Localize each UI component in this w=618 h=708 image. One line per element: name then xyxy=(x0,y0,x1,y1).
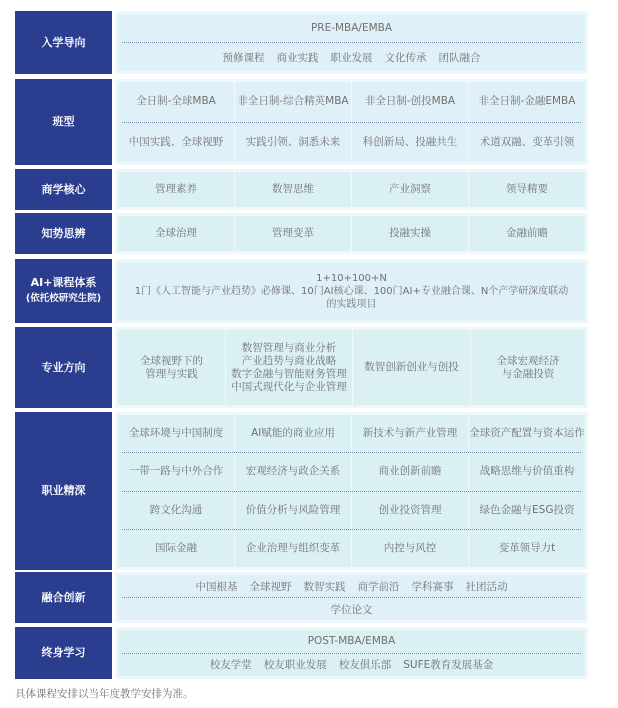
items-line: 中国根基 全球视野 数智实践 商学前沿 学科赛事 社团活动 xyxy=(118,575,585,597)
top-line: PRE-MBA/EMBA xyxy=(118,14,585,42)
program-cell: 非全日制-金融EMBA xyxy=(469,82,585,122)
row-lifelong: 终身学习 POST-MBA/EMBA 校友学堂 校友职业发展 校友俱乐部 SUF… xyxy=(15,627,588,679)
row-content-integration: 中国根基 全球视野 数智实践 商学前沿 学科赛事 社团活动 学位论文 xyxy=(115,572,588,623)
spec-line: 数字金融与智能财务管理 xyxy=(231,368,347,381)
items-line: 校友学堂 校友职业发展 校友俱乐部 SUFE教育发展基金 xyxy=(118,654,585,677)
content-panel: POST-MBA/EMBA 校友学堂 校友职业发展 校友俱乐部 SUFE教育发展… xyxy=(118,630,585,676)
item-cell: 管理素养 xyxy=(118,172,235,207)
spec-line: 管理与实践 xyxy=(145,368,198,381)
row-class-types: 班型 全日制-全球MBA 非全日制-综合精英MBA 非全日制-创投MBA 非全日… xyxy=(15,79,588,165)
ai-description: 1门《人工智能与产业趋势》必修课、10门AI核心课、100门AI+专业融合课、N… xyxy=(135,285,569,298)
item: 校友学堂 xyxy=(210,657,252,672)
career-cell: 商业创新前瞻 xyxy=(352,453,469,490)
row-content-orientation: PRE-MBA/EMBA 预修课程 商业实践 职业发展 文化传承 团队融合 xyxy=(115,11,588,74)
item-cell: 领导精要 xyxy=(469,172,585,207)
row-business-core: 商学核心 管理素养 数智思维 产业洞察 领导精要 xyxy=(15,169,588,210)
item-cell: 金融前瞻 xyxy=(469,216,585,251)
item-cell: 产业洞察 xyxy=(352,172,469,207)
career-cell: 价值分析与风险管理 xyxy=(235,492,352,529)
label-text: 班型 xyxy=(53,114,75,130)
spec-line: 中国式现代化与企业管理 xyxy=(231,381,347,394)
content-panel: 全球视野下的 管理与实践 数智管理与商业分析 产业趋势与商业战略 数字金融与智能… xyxy=(118,330,585,405)
label-text: 专业方向 xyxy=(42,360,86,376)
career-cell: 全球资产配置与资本运作 xyxy=(469,415,585,452)
item: 学科赛事 xyxy=(412,579,454,594)
label-text: 职业精深 xyxy=(42,483,86,499)
row-label-integration: 融合创新 xyxy=(15,572,112,623)
content-panel: 中国根基 全球视野 数智实践 商学前沿 学科赛事 社团活动 学位论文 xyxy=(118,575,585,620)
ai-formula: 1+10+100+N xyxy=(316,272,387,285)
row-ai-curriculum: AI+课程体系 (依托校研究生院) 1+10+100+N 1门《人工智能与产业趋… xyxy=(15,259,588,323)
row-orientation: 入学导向 PRE-MBA/EMBA 预修课程 商业实践 职业发展 文化传承 团队… xyxy=(15,11,588,74)
career-cell: 绿色金融与ESG投资 xyxy=(469,492,585,529)
spec-line: 数智创新创业与创投 xyxy=(364,361,459,374)
spec-line: 全球宏观经济 xyxy=(497,355,560,368)
row-label-business-core: 商学核心 xyxy=(15,169,112,210)
career-cell: 宏观经济与政企关系 xyxy=(235,453,352,490)
row-content-business-core: 管理素养 数智思维 产业洞察 领导精要 xyxy=(115,169,588,210)
row-content-specializations: 全球视野下的 管理与实践 数智管理与商业分析 产业趋势与商业战略 数字金融与智能… xyxy=(115,327,588,408)
item: 社团活动 xyxy=(466,579,508,594)
row-insight: 知势思辨 全球治理 管理变革 投融实操 金融前瞻 xyxy=(15,213,588,254)
content-panel: 全球环境与中国制度 AI赋能的商业应用 新技术与新产业管理 全球资产配置与资本运… xyxy=(118,415,585,567)
spec-cell: 全球宏观经济 与金融投资 xyxy=(471,330,585,405)
program-cell: 非全日制-综合精英MBA xyxy=(235,82,352,122)
item: 文化传承 xyxy=(385,50,427,65)
slogan-row: 中国实践、全球视野 实践引领、洞悉未来 科创新局、投融共生 术道双融、变革引领 xyxy=(118,123,585,163)
content-panel: 全球治理 管理变革 投融实操 金融前瞻 xyxy=(118,216,585,251)
row-label-lifelong: 终身学习 xyxy=(15,627,112,679)
spec-row: 全球视野下的 管理与实践 数智管理与商业分析 产业趋势与商业战略 数字金融与智能… xyxy=(118,330,585,405)
item: 中国根基 xyxy=(196,579,238,594)
label-text: 融合创新 xyxy=(42,590,86,606)
item: 商学前沿 xyxy=(358,579,400,594)
slogan-cell: 实践引领、洞悉未来 xyxy=(235,123,352,163)
career-row: 一带一路与中外合作 宏观经济与政企关系 商业创新前瞻 战略思维与价值重构 xyxy=(118,453,585,490)
content-panel: 管理素养 数智思维 产业洞察 领导精要 xyxy=(118,172,585,207)
career-cell: 国际金融 xyxy=(118,530,235,567)
program-row: 全日制-全球MBA 非全日制-综合精英MBA 非全日制-创投MBA 非全日制-金… xyxy=(118,82,585,122)
row-integration: 融合创新 中国根基 全球视野 数智实践 商学前沿 学科赛事 社团活动 学位论文 xyxy=(15,572,588,623)
thesis-text: 学位论文 xyxy=(331,602,373,617)
label-text: 终身学习 xyxy=(42,645,86,661)
career-row: 跨文化沟通 价值分析与风险管理 创业投资管理 绿色金融与ESG投资 xyxy=(118,492,585,529)
row-label-specializations: 专业方向 xyxy=(15,327,112,408)
spec-line: 与金融投资 xyxy=(502,368,555,381)
items-line: 预修课程 商业实践 职业发展 文化传承 团队融合 xyxy=(118,43,585,71)
row-content-class-types: 全日制-全球MBA 非全日制-综合精英MBA 非全日制-创投MBA 非全日制-金… xyxy=(115,79,588,165)
career-cell: 创业投资管理 xyxy=(352,492,469,529)
top-line: POST-MBA/EMBA xyxy=(118,630,585,653)
row-label-career-depth: 职业精深 xyxy=(15,412,112,570)
row-career-depth: 职业精深 全球环境与中国制度 AI赋能的商业应用 新技术与新产业管理 全球资产配… xyxy=(15,412,588,570)
bottom-line: 学位论文 xyxy=(118,598,585,620)
career-cell: 变革领导力t xyxy=(469,530,585,567)
career-cell: 全球环境与中国制度 xyxy=(118,415,235,452)
row-content-lifelong: POST-MBA/EMBA 校友学堂 校友职业发展 校友俱乐部 SUFE教育发展… xyxy=(115,627,588,679)
row-content-career-depth: 全球环境与中国制度 AI赋能的商业应用 新技术与新产业管理 全球资产配置与资本运… xyxy=(115,412,588,570)
row-specializations: 专业方向 全球视野下的 管理与实践 数智管理与商业分析 产业趋势与商业战略 数字… xyxy=(15,327,588,408)
row-label-orientation: 入学导向 xyxy=(15,11,112,74)
item: 校友俱乐部 xyxy=(339,657,392,672)
career-cell: 战略思维与价值重构 xyxy=(469,453,585,490)
row-content-ai-curriculum: 1+10+100+N 1门《人工智能与产业趋势》必修课、10门AI核心课、100… xyxy=(115,259,588,323)
item: 校友职业发展 xyxy=(264,657,327,672)
spec-cell: 全球视野下的 管理与实践 xyxy=(118,330,226,405)
spec-line: 全球视野下的 xyxy=(140,355,203,368)
item: 职业发展 xyxy=(331,50,373,65)
post-mba-text: POST-MBA/EMBA xyxy=(308,635,396,647)
content-panel: 1+10+100+N 1门《人工智能与产业趋势》必修课、10门AI核心课、100… xyxy=(118,262,585,320)
item: 预修课程 xyxy=(223,50,265,65)
content-panel: 全日制-全球MBA 非全日制-综合精英MBA 非全日制-创投MBA 非全日制-金… xyxy=(118,82,585,162)
footer-note: 具体课程安排以当年度教学安排为准。 xyxy=(15,686,194,701)
label-text: 入学导向 xyxy=(42,35,86,51)
career-cell: 一带一路与中外合作 xyxy=(118,453,235,490)
item-cell: 数智思维 xyxy=(235,172,352,207)
content-panel: PRE-MBA/EMBA 预修课程 商业实践 职业发展 文化传承 团队融合 xyxy=(118,14,585,71)
item-cell: 全球治理 xyxy=(118,216,235,251)
pre-mba-text: PRE-MBA/EMBA xyxy=(311,22,392,34)
spec-cell: 数智创新创业与创投 xyxy=(353,330,471,405)
row-label-ai-curriculum: AI+课程体系 (依托校研究生院) xyxy=(15,259,112,323)
item: SUFE教育发展基金 xyxy=(403,657,493,672)
item-cell: 投融实操 xyxy=(352,216,469,251)
career-cell: 跨文化沟通 xyxy=(118,492,235,529)
label-text: AI+课程体系 xyxy=(31,275,97,291)
item: 全球视野 xyxy=(250,579,292,594)
item: 商业实践 xyxy=(277,50,319,65)
career-cell: 企业治理与组织变革 xyxy=(235,530,352,567)
career-row: 国际金融 企业治理与组织变革 内控与风控 变革领导力t xyxy=(118,530,585,567)
slogan-cell: 科创新局、投融共生 xyxy=(352,123,469,163)
label-text: 商学核心 xyxy=(42,182,86,198)
spec-line: 数智管理与商业分析 xyxy=(242,342,337,355)
career-row: 全球环境与中国制度 AI赋能的商业应用 新技术与新产业管理 全球资产配置与资本运… xyxy=(118,415,585,452)
career-cell: AI赋能的商业应用 xyxy=(235,415,352,452)
label-text: 知势思辨 xyxy=(42,226,86,242)
item: 团队融合 xyxy=(439,50,481,65)
spec-line: 产业趋势与商业战略 xyxy=(242,355,337,368)
career-cell: 新技术与新产业管理 xyxy=(352,415,469,452)
program-cell: 非全日制-创投MBA xyxy=(352,82,469,122)
spec-cell: 数智管理与商业分析 产业趋势与商业战略 数字金融与智能财务管理 中国式现代化与企… xyxy=(226,330,353,405)
item-cell: 管理变革 xyxy=(235,216,352,251)
items-row: 全球治理 管理变革 投融实操 金融前瞻 xyxy=(118,216,585,251)
program-cell: 全日制-全球MBA xyxy=(118,82,235,122)
label-subtext: (依托校研究生院) xyxy=(26,291,101,307)
slogan-cell: 术道双融、变革引领 xyxy=(469,123,585,163)
career-cell: 内控与风控 xyxy=(352,530,469,567)
slogan-cell: 中国实践、全球视野 xyxy=(118,123,235,163)
row-label-class-types: 班型 xyxy=(15,79,112,165)
ai-description-cont: 的实践项目 xyxy=(327,298,377,311)
row-label-insight: 知势思辨 xyxy=(15,213,112,254)
item: 数智实践 xyxy=(304,579,346,594)
items-row: 管理素养 数智思维 产业洞察 领导精要 xyxy=(118,172,585,207)
row-content-insight: 全球治理 管理变革 投融实操 金融前瞻 xyxy=(115,213,588,254)
